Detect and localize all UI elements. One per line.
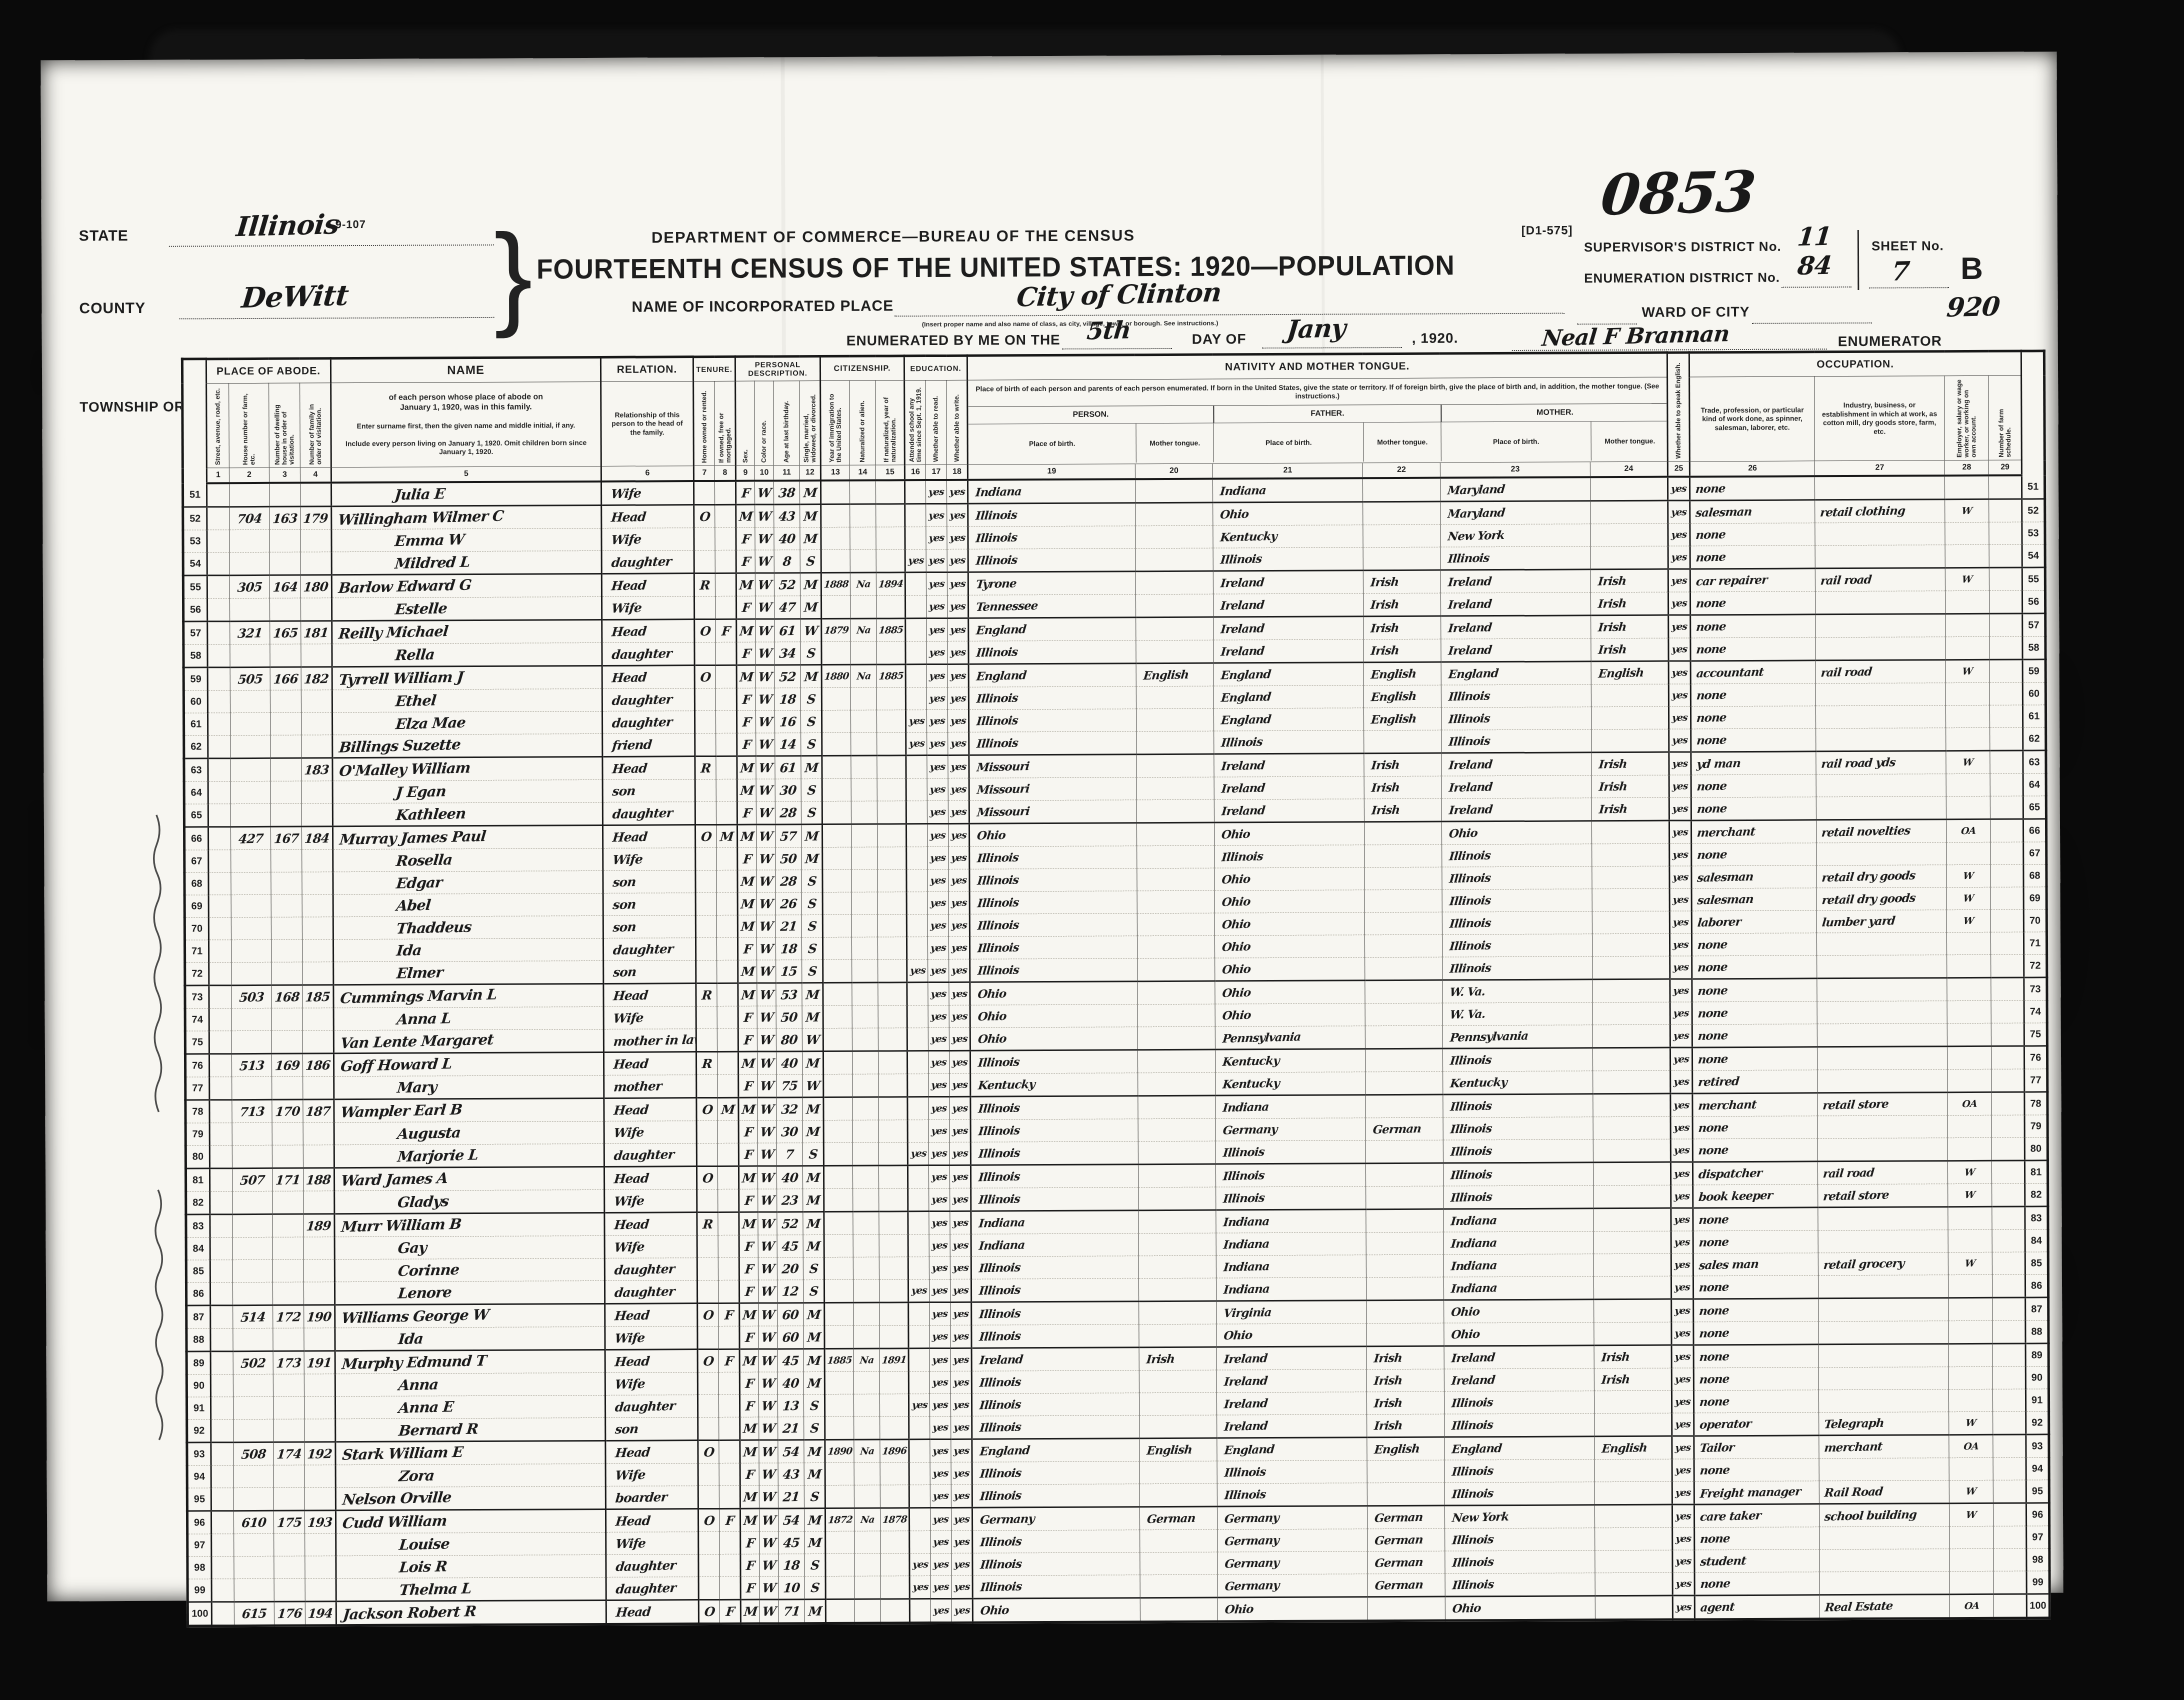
cell-r52-c11: 43 xyxy=(774,504,800,527)
cell-r55-c20 xyxy=(1135,571,1213,594)
cell-r80-c15 xyxy=(878,1142,907,1165)
cell-r58-c25: yes xyxy=(1668,638,1690,661)
line-number-left-58: 58 xyxy=(183,644,207,667)
cell-r69-c11: 26 xyxy=(775,892,801,915)
cell-r73-c19: Ohio xyxy=(970,981,1137,1005)
cell-r86-c20 xyxy=(1139,1278,1216,1301)
cell-r54-c21: Illinois xyxy=(1213,547,1363,571)
cell-r70-c11: 21 xyxy=(775,915,801,937)
cell-r63-c1 xyxy=(208,758,230,781)
cell-r71-c12: S xyxy=(801,937,822,960)
line-number-right-76: 76 xyxy=(2024,1046,2047,1069)
cell-r62-c9: F xyxy=(737,733,756,756)
col-number-4: 4 xyxy=(300,467,331,483)
cell-r71-c13 xyxy=(823,937,852,959)
cell-r76-c16 xyxy=(907,1051,928,1074)
cell-r97-c6: Wife xyxy=(606,1532,698,1555)
cell-r54-c23: Illinois xyxy=(1440,546,1590,570)
cell-r88-c26: none xyxy=(1693,1321,1818,1345)
cell-r63-c5: O'Malley William xyxy=(332,756,602,780)
cell-r94-c15 xyxy=(880,1462,909,1485)
cell-r98-c27 xyxy=(1819,1549,1949,1572)
cell-r81-c20 xyxy=(1138,1164,1216,1187)
cell-r87-c16 xyxy=(908,1302,929,1325)
cell-r52-c10: W xyxy=(755,504,774,527)
cell-r52-c24 xyxy=(1590,500,1668,524)
cell-r94-c18: yes xyxy=(951,1462,972,1484)
cell-r65-c25: yes xyxy=(1669,797,1691,820)
cell-r88-c18: yes xyxy=(950,1325,971,1348)
cell-r91-c29 xyxy=(1993,1389,2026,1411)
cell-r62-c5: Billings Suzette xyxy=(332,733,602,757)
cell-r86-c3 xyxy=(272,1282,303,1305)
cell-r61-c20 xyxy=(1136,708,1214,731)
cell-r76-c29 xyxy=(1991,1046,2024,1069)
line-number-right-88: 88 xyxy=(2025,1320,2048,1343)
cell-r67-c5: Rosella xyxy=(333,848,603,871)
cell-r71-c8 xyxy=(716,937,737,960)
cell-r99-c28 xyxy=(1949,1571,1993,1594)
cell-r63-c28: W xyxy=(1946,750,1990,773)
line-number-right-83: 83 xyxy=(2025,1206,2048,1229)
cell-r56-c3 xyxy=(269,598,300,621)
cell-r82-c25: yes xyxy=(1671,1185,1693,1208)
cell-r62-c14 xyxy=(851,732,877,755)
cell-r84-c11: 45 xyxy=(777,1235,803,1257)
cell-r92-c6: son xyxy=(605,1417,698,1441)
cell-r62-c29 xyxy=(1990,727,2023,750)
cell-r91-c7 xyxy=(697,1394,718,1417)
cell-r78-c21: Indiana xyxy=(1215,1095,1365,1118)
cell-r51-c22 xyxy=(1363,478,1440,502)
cell-r65-c16 xyxy=(906,801,927,824)
cell-r62-c27 xyxy=(1816,728,1946,751)
cell-r71-c26: none xyxy=(1692,933,1817,956)
cell-r89-c10: W xyxy=(758,1349,777,1372)
cell-r98-c9: F xyxy=(740,1554,759,1576)
cell-r56-c18: yes xyxy=(947,595,968,618)
cell-r86-c26: none xyxy=(1693,1275,1818,1299)
cell-r91-c6: daughter xyxy=(605,1395,697,1418)
enumerated-day-line xyxy=(1062,348,1172,349)
cell-r79-c20 xyxy=(1138,1118,1215,1141)
cell-r74-c24 xyxy=(1592,1002,1670,1025)
cell-r81-c14 xyxy=(853,1165,879,1188)
cell-r52-c13 xyxy=(821,504,850,527)
cell-r72-c24 xyxy=(1592,956,1670,979)
cell-r64-c5: J Egan xyxy=(332,779,602,803)
cell-r81-c8 xyxy=(717,1166,738,1189)
cell-r97-c28 xyxy=(1949,1526,1993,1548)
ward-label: WARD OF CITY xyxy=(1641,304,1749,320)
cell-r82-c24 xyxy=(1593,1185,1671,1208)
cell-r90-c5: Anna xyxy=(335,1372,605,1396)
cell-r93-c15: 1896 xyxy=(880,1439,909,1462)
cell-r85-c18: yes xyxy=(950,1256,971,1279)
cell-r74-c11: 50 xyxy=(776,1006,802,1028)
cell-r83-c4: 189 xyxy=(303,1214,334,1237)
cell-r93-c28: OA xyxy=(1949,1434,1993,1457)
line-number-left-92: 92 xyxy=(187,1419,211,1442)
cell-r90-c6: Wife xyxy=(605,1372,697,1395)
cell-r78-c9: M xyxy=(738,1097,757,1120)
cell-r55-c23: Ireland xyxy=(1440,569,1590,593)
cell-r74-c22 xyxy=(1365,1003,1442,1026)
line-number-left-53: 53 xyxy=(183,530,207,552)
cell-r94-c6: Wife xyxy=(605,1463,698,1486)
cell-r61-c1 xyxy=(207,713,230,735)
line-number-left-87: 87 xyxy=(186,1305,210,1328)
cell-r73-c14 xyxy=(852,982,878,1005)
cell-r60-c25: yes xyxy=(1668,684,1690,706)
cell-r57-c1 xyxy=(207,621,230,644)
cell-r70-c21: Ohio xyxy=(1214,912,1364,935)
cell-r79-c11: 30 xyxy=(776,1120,802,1143)
cell-r56-c25: yes xyxy=(1668,592,1690,615)
cell-r88-c6: Wife xyxy=(605,1326,697,1350)
cell-r97-c8 xyxy=(719,1531,740,1554)
cell-r83-c8 xyxy=(718,1212,739,1235)
cell-r84-c7 xyxy=(697,1235,718,1257)
cell-r55-c18: yes xyxy=(947,572,968,595)
line-number-right-67: 67 xyxy=(2023,842,2046,864)
cell-r56-c8 xyxy=(715,596,736,619)
cell-r66-c15 xyxy=(877,824,906,847)
cell-r58-c27 xyxy=(1815,637,1945,660)
cell-r91-c27 xyxy=(1819,1389,1949,1412)
cell-r80-c9: F xyxy=(738,1143,757,1166)
cell-r67-c14 xyxy=(851,847,877,869)
cell-r82-c20 xyxy=(1138,1187,1216,1210)
cell-r62-c8 xyxy=(716,733,737,756)
cell-r85-c25: yes xyxy=(1671,1253,1693,1276)
cell-r69-c24 xyxy=(1592,888,1669,911)
cell-r51-c27 xyxy=(1815,475,1945,500)
cell-r97-c27 xyxy=(1819,1526,1949,1549)
cell-r94-c29 xyxy=(1993,1457,2026,1480)
cell-r72-c2 xyxy=(231,962,271,985)
cell-r80-c2 xyxy=(232,1145,272,1168)
cell-r95-c20 xyxy=(1139,1483,1217,1507)
cell-r71-c29 xyxy=(1991,932,2024,954)
cell-r60-c24 xyxy=(1591,684,1668,707)
cell-r71-c1 xyxy=(208,940,231,962)
col-number-21: 21 xyxy=(1212,463,1362,479)
cell-r52-c17: yes xyxy=(926,503,947,526)
cell-r83-c1 xyxy=(210,1214,232,1237)
cell-r75-c25: yes xyxy=(1670,1024,1692,1047)
cell-r57-c6: Head xyxy=(602,619,694,643)
cell-r68-c8 xyxy=(716,870,737,892)
cell-r53-c12: M xyxy=(800,527,821,550)
cell-r73-c8 xyxy=(717,983,738,1006)
cell-r92-c28: W xyxy=(1949,1411,1993,1434)
cell-r65-c20 xyxy=(1136,799,1214,823)
cell-r94-c23: Illinois xyxy=(1444,1459,1594,1482)
cell-r79-c2 xyxy=(232,1122,272,1145)
cell-r65-c10: W xyxy=(756,801,775,824)
cell-r89-c23: Ireland xyxy=(1444,1345,1594,1369)
cell-r87-c7: O xyxy=(697,1303,718,1326)
cell-r93-c14: Na xyxy=(854,1439,880,1462)
cell-r78-c24 xyxy=(1593,1093,1670,1117)
cell-r78-c8: M xyxy=(717,1097,738,1120)
cell-r99-c4 xyxy=(305,1578,336,1601)
cell-r74-c21: Ohio xyxy=(1215,1003,1365,1026)
cell-r77-c5: Mary xyxy=(334,1075,604,1099)
cell-r71-c24 xyxy=(1592,933,1670,956)
cell-r84-c24 xyxy=(1593,1231,1671,1254)
cell-r87-c23: Ohio xyxy=(1444,1299,1594,1323)
cell-r65-c6: daughter xyxy=(602,802,695,825)
cell-r51-c29 xyxy=(1989,475,2022,499)
cell-r92-c12: S xyxy=(804,1416,825,1439)
cell-r78-c3: 170 xyxy=(272,1099,303,1122)
cell-r84-c27 xyxy=(1818,1230,1948,1253)
cell-r51-c20 xyxy=(1135,479,1213,503)
cell-r95-c28: W xyxy=(1949,1480,1993,1503)
cell-r56-c13 xyxy=(821,595,850,618)
cell-r69-c5: Abel xyxy=(333,893,603,916)
cell-r62-c3 xyxy=(270,735,301,758)
cell-r81-c10: W xyxy=(757,1166,776,1189)
cell-r71-c17: yes xyxy=(928,936,949,959)
cell-r54-c20 xyxy=(1135,548,1213,571)
cell-r53-c6: Wife xyxy=(601,528,694,551)
cell-r77-c8 xyxy=(717,1074,738,1097)
cell-r88-c4 xyxy=(304,1328,335,1351)
cell-r84-c25: yes xyxy=(1671,1231,1693,1253)
col-17-able-to-read: Whether able to read. xyxy=(925,380,947,464)
cell-r72-c1 xyxy=(209,962,231,985)
cell-r82-c2 xyxy=(232,1191,272,1214)
nativity-mother-label: MOTHER. xyxy=(1440,404,1667,422)
cell-r65-c23: Ireland xyxy=(1441,798,1591,821)
cell-r87-c20 xyxy=(1139,1301,1216,1324)
cell-r61-c3 xyxy=(270,712,301,735)
cell-r88-c16 xyxy=(908,1325,929,1348)
cell-r89-c29 xyxy=(1992,1343,2025,1366)
cell-r72-c19: Illinois xyxy=(970,958,1137,982)
cell-r62-c24 xyxy=(1591,729,1669,752)
cell-r68-c7 xyxy=(695,870,716,892)
cell-r84-c9: F xyxy=(739,1235,758,1257)
cell-r65-c2 xyxy=(230,803,270,826)
cell-r72-c16: yes xyxy=(907,959,928,982)
cell-r96-c12: M xyxy=(804,1508,825,1531)
cell-r65-c26: none xyxy=(1691,797,1816,820)
cell-r96-c20: German xyxy=(1140,1506,1217,1530)
father-place-of-birth-label: Place of birth. xyxy=(1213,422,1363,462)
cell-r94-c28 xyxy=(1949,1457,1993,1480)
cell-r87-c11: 60 xyxy=(777,1303,803,1326)
cell-r99-c29 xyxy=(1993,1571,2026,1594)
cell-r84-c8 xyxy=(718,1235,739,1257)
cell-r75-c26: none xyxy=(1692,1024,1817,1047)
cell-r74-c25: yes xyxy=(1670,1002,1692,1024)
cell-r70-c19: Illinois xyxy=(969,913,1137,936)
cell-r79-c17: yes xyxy=(928,1119,949,1142)
cell-r83-c19: Indiana xyxy=(971,1210,1138,1234)
cell-r67-c25: yes xyxy=(1669,843,1691,866)
cell-r80-c4 xyxy=(303,1145,334,1168)
cell-r96-c29 xyxy=(1993,1503,2026,1526)
cell-r96-c17: yes xyxy=(930,1507,951,1530)
cell-r65-c5: Kathleen xyxy=(332,802,602,826)
cell-r99-c18: yes xyxy=(951,1575,972,1598)
cell-r57-c14: Na xyxy=(850,618,876,641)
cell-r82-c11: 23 xyxy=(777,1189,803,1212)
cell-r96-c26: care taker xyxy=(1694,1504,1819,1527)
cell-r56-c5: Estelle xyxy=(332,596,602,620)
col-number-23: 23 xyxy=(1440,462,1590,478)
cell-r58-c7 xyxy=(694,642,715,665)
cell-r70-c16 xyxy=(906,914,927,937)
cell-r81-c12: M xyxy=(802,1165,823,1188)
cell-r60-c18: yes xyxy=(947,687,968,709)
cell-r81-c25: yes xyxy=(1671,1162,1693,1185)
cell-r67-c19: Illinois xyxy=(969,846,1137,869)
cell-r58-c18: yes xyxy=(947,641,968,664)
cell-r61-c26: none xyxy=(1691,706,1816,729)
cell-r54-c4 xyxy=(300,552,331,575)
cell-r68-c15 xyxy=(877,869,906,892)
cell-r62-c20 xyxy=(1136,731,1214,754)
cell-r89-c7: O xyxy=(697,1349,718,1372)
cell-r58-c22: Irish xyxy=(1363,639,1441,662)
cell-r52-c2: 704 xyxy=(229,506,269,529)
cell-r59-c26: accountant xyxy=(1690,660,1815,684)
cell-r66-c24 xyxy=(1592,820,1669,844)
cell-r97-c18: yes xyxy=(951,1530,972,1553)
cell-r88-c28 xyxy=(1948,1320,1992,1343)
cell-r76-c13 xyxy=(823,1051,852,1074)
cell-r55-c7: R xyxy=(694,573,715,596)
cell-r59-c7: O xyxy=(694,665,715,688)
cell-r89-c15: 1891 xyxy=(879,1348,908,1371)
line-number-left-98: 98 xyxy=(187,1556,211,1579)
cell-r87-c19: Illinois xyxy=(971,1301,1139,1325)
cell-r61-c14 xyxy=(851,710,877,732)
cell-r55-c4: 180 xyxy=(300,575,331,598)
cell-r60-c26: none xyxy=(1690,683,1815,706)
cell-r53-c25: yes xyxy=(1668,523,1690,546)
cell-r76-c8 xyxy=(717,1051,738,1074)
cell-r81-c26: dispatcher xyxy=(1693,1161,1818,1185)
cell-r84-c19: Indiana xyxy=(971,1233,1138,1256)
cell-r55-c22: Irish xyxy=(1363,570,1440,593)
cell-r65-c24: Irish xyxy=(1591,797,1669,821)
cell-r60-c15 xyxy=(876,687,905,710)
cell-r98-c23: Illinois xyxy=(1445,1550,1595,1573)
cell-r60-c7 xyxy=(694,688,715,710)
cell-r58-c19: Illinois xyxy=(968,640,1136,664)
cell-r88-c13 xyxy=(824,1325,853,1348)
cell-r83-c20 xyxy=(1138,1210,1216,1233)
cell-r82-c14 xyxy=(853,1188,879,1211)
cell-r52-c6: Head xyxy=(601,505,694,528)
cell-r88-c14 xyxy=(853,1325,879,1348)
cell-r90-c29 xyxy=(1992,1366,2025,1389)
cell-r100-c19: Ohio xyxy=(972,1598,1140,1622)
cell-r63-c3 xyxy=(270,758,301,781)
cell-r81-c28: W xyxy=(1948,1160,1992,1183)
cell-r70-c12: S xyxy=(801,915,822,937)
cell-r80-c27 xyxy=(1817,1138,1947,1161)
cell-r87-c17: yes xyxy=(929,1302,950,1325)
cell-r98-c25: yes xyxy=(1672,1550,1694,1572)
cell-r61-c7 xyxy=(695,710,716,733)
cell-r55-c11: 52 xyxy=(774,573,800,596)
col-3-dwelling-number: Number of dwelling house in order of vis… xyxy=(269,383,300,467)
cell-r86-c4 xyxy=(303,1282,334,1305)
cell-r68-c20 xyxy=(1137,868,1214,891)
cell-r52-c9: M xyxy=(736,504,755,527)
cell-r58-c2 xyxy=(230,644,270,667)
cell-r52-c27: retail clothing xyxy=(1815,499,1945,523)
line-number-left-61: 61 xyxy=(183,713,207,735)
cell-r58-c5: Rella xyxy=(332,642,602,666)
cell-r82-c9: F xyxy=(739,1189,758,1212)
cell-r76-c21: Kentucky xyxy=(1215,1049,1365,1072)
cell-r70-c7 xyxy=(695,915,716,937)
cell-r87-c28 xyxy=(1948,1297,1992,1320)
cell-r52-c12: M xyxy=(800,504,821,527)
cell-r67-c16 xyxy=(906,847,927,869)
cell-r51-c3 xyxy=(269,483,300,507)
cell-r57-c21: Ireland xyxy=(1213,616,1363,640)
col-number-7: 7 xyxy=(693,465,714,481)
cell-r63-c6: Head xyxy=(602,756,695,780)
cell-r71-c11: 18 xyxy=(775,937,801,960)
cell-r99-c13 xyxy=(825,1576,854,1599)
cell-r61-c12: S xyxy=(801,710,822,733)
cell-r100-c3: 176 xyxy=(274,1601,305,1625)
cell-r100-c9: M xyxy=(740,1599,759,1623)
cell-r98-c28 xyxy=(1949,1548,1993,1571)
cell-r92-c18: yes xyxy=(951,1416,972,1439)
cell-r63-c29 xyxy=(1990,750,2023,773)
cell-r97-c17: yes xyxy=(930,1530,951,1553)
cell-r64-c26: none xyxy=(1691,774,1816,797)
cell-r60-c29 xyxy=(1989,682,2022,705)
cell-r58-c10: W xyxy=(755,642,774,665)
cell-r97-c9: F xyxy=(740,1531,759,1554)
cell-r84-c2 xyxy=(232,1237,272,1259)
cell-r83-c3 xyxy=(272,1214,303,1237)
cell-r98-c5: Lois R xyxy=(336,1554,606,1578)
cell-r98-c29 xyxy=(1993,1548,2026,1571)
cell-r78-c28: OA xyxy=(1947,1092,1991,1115)
cell-r53-c20 xyxy=(1135,525,1213,548)
cell-r85-c26: sales man xyxy=(1693,1253,1818,1276)
cell-r55-c3: 164 xyxy=(269,575,300,598)
cell-r75-c23: Pennsylvania xyxy=(1442,1025,1592,1048)
cell-r97-c29 xyxy=(1993,1526,2026,1548)
cell-r100-c25: yes xyxy=(1672,1595,1694,1619)
cell-r54-c27 xyxy=(1815,545,1945,568)
cell-r86-c15 xyxy=(879,1279,908,1302)
cell-r57-c7: O xyxy=(694,619,715,642)
cell-r63-c22: Irish xyxy=(1364,753,1441,776)
cell-r53-c10: W xyxy=(755,527,774,550)
cell-r75-c1 xyxy=(209,1031,231,1054)
line-number-left-95: 95 xyxy=(187,1488,211,1511)
cell-r76-c6: Head xyxy=(603,1052,696,1075)
cell-r93-c17: yes xyxy=(930,1439,951,1462)
cell-r95-c13 xyxy=(825,1485,854,1508)
cell-r95-c12: S xyxy=(804,1485,825,1508)
